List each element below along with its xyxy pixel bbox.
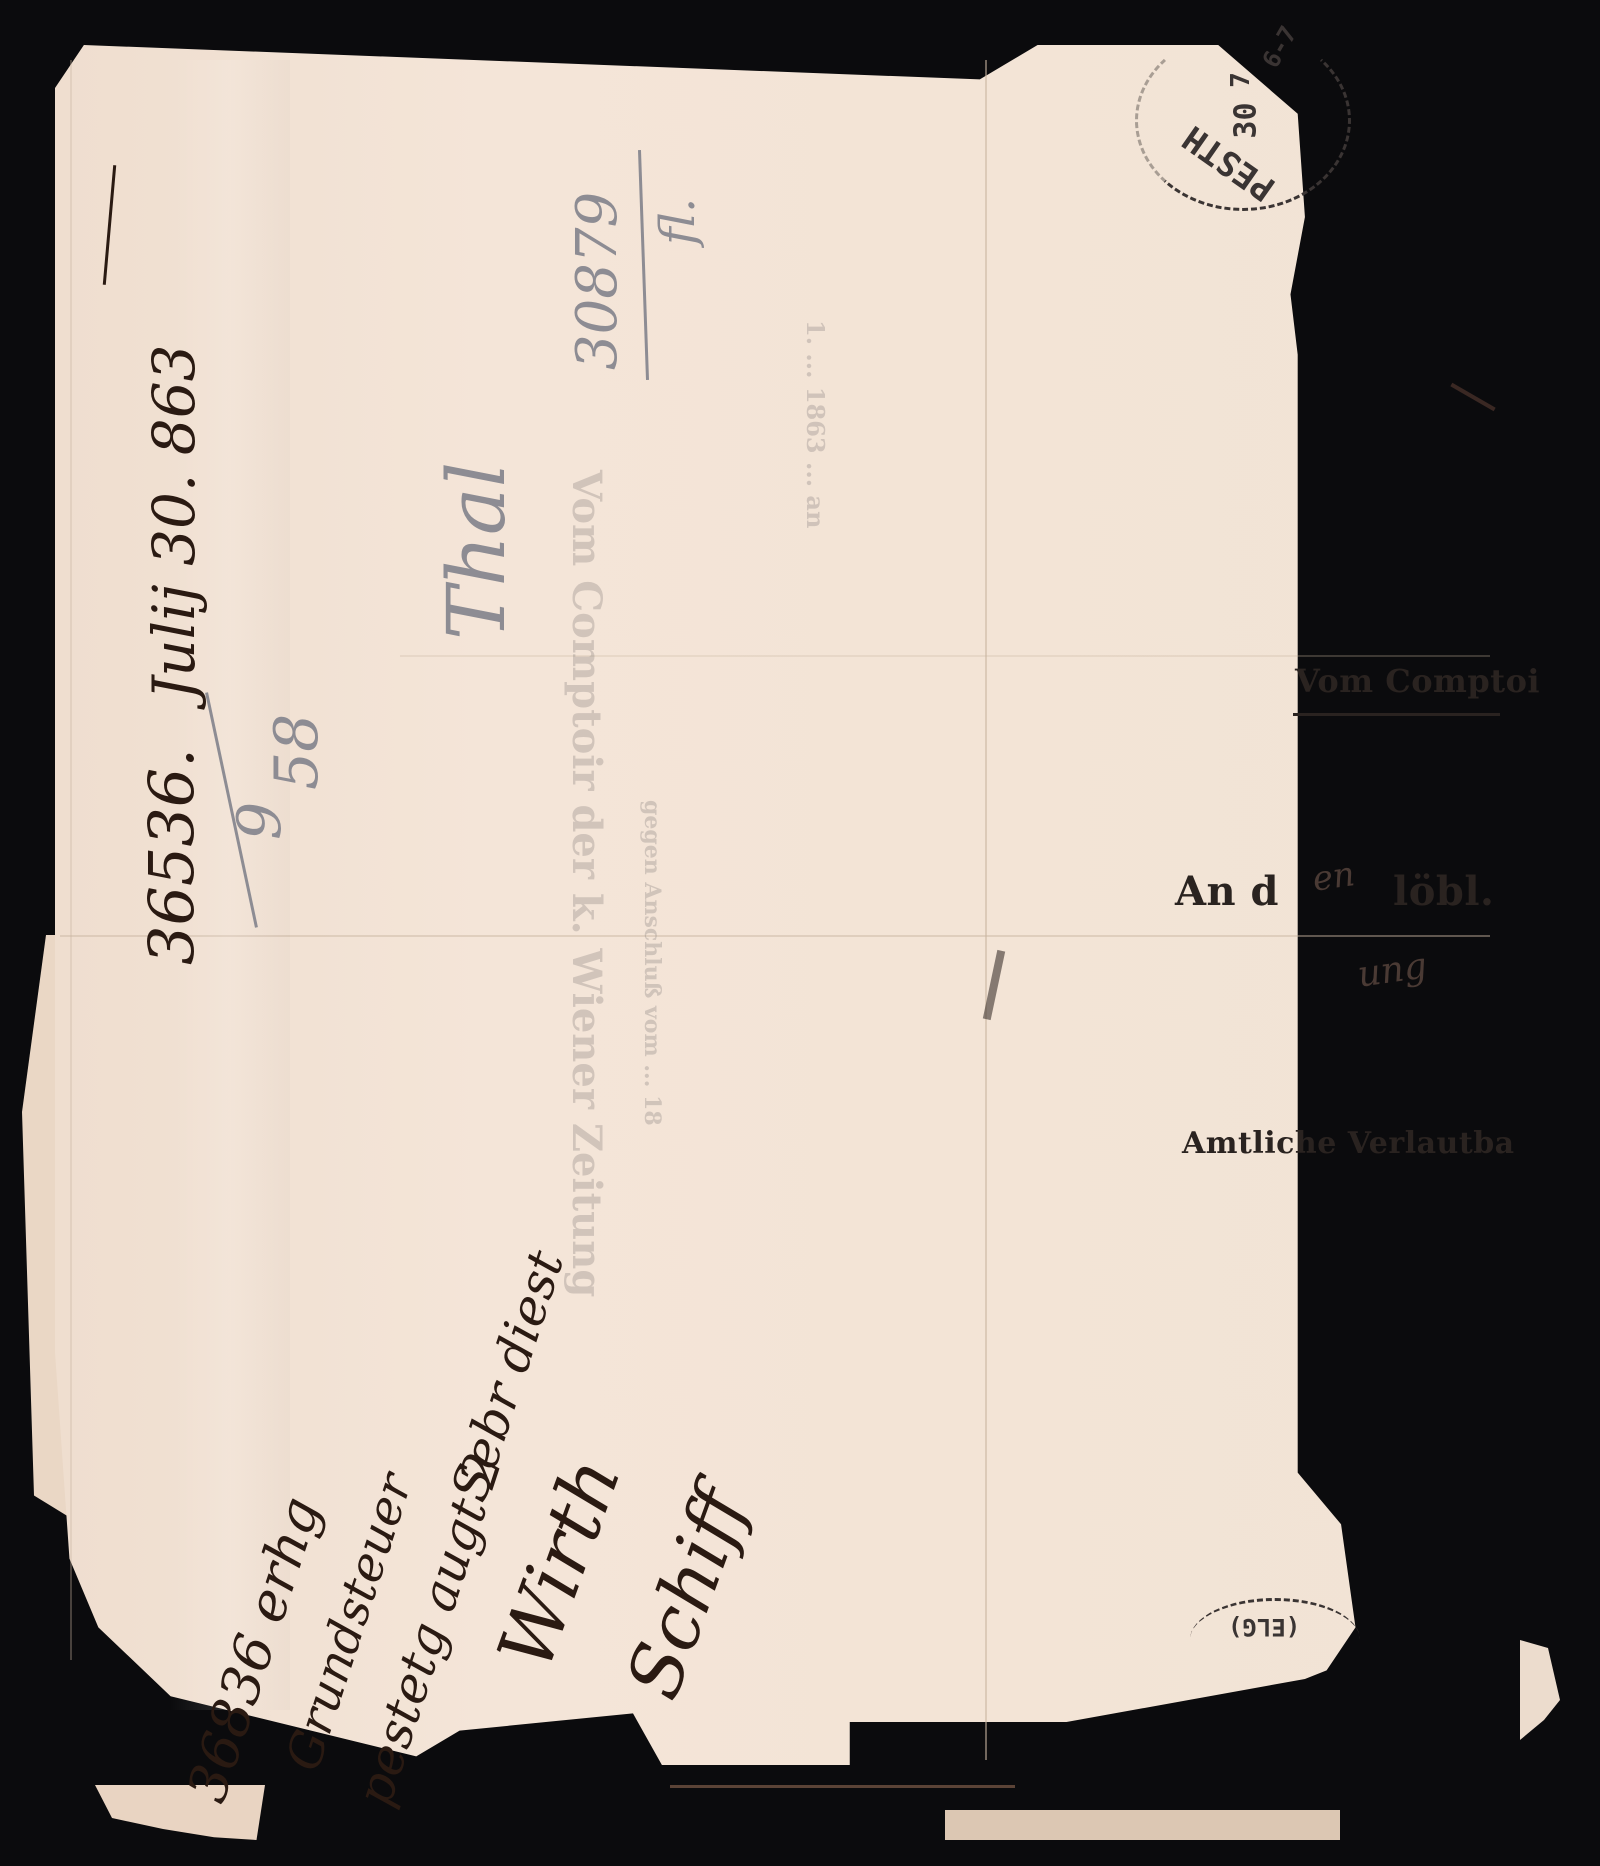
stain-mark: [1450, 383, 1495, 411]
fold-crease-left: [70, 60, 72, 1660]
pencil-fraction-top: 58: [262, 714, 332, 790]
paper-bottom-strip: [945, 1810, 1340, 1840]
postmark-month: 7: [1226, 72, 1256, 88]
postmark-time: 6-7: [1257, 21, 1303, 73]
pencil-number: 30879: [565, 192, 630, 370]
postmark-bottom-text: (ELG): [1228, 1613, 1300, 1641]
ghost-print-1: Vom Comptoir der k. Wiener Zeitung: [563, 470, 610, 1297]
handwritten-date-note: Julij 30. 863: [140, 344, 208, 700]
handwritten-ledger-number: 36536.: [135, 748, 208, 965]
printed-address-prefix: An d: [1175, 868, 1279, 915]
handwritten-address-1: en: [1310, 854, 1357, 899]
pencil-fraction-bottom: 9: [225, 802, 295, 840]
paper-right-tab: [1520, 1640, 1560, 1740]
postmark-date: 30: [1229, 102, 1264, 138]
printed-address-suffix: löbl.: [1393, 868, 1494, 915]
postmark-bottom: (ELG): [1190, 1598, 1360, 1681]
pencil-name: Thal: [430, 462, 523, 640]
postmark-top: PESTH 30 7 6-7: [1135, 30, 1351, 211]
bottom-edge-line: [670, 1785, 1015, 1788]
printed-subject-line: Amtliche Verlautba: [1182, 1126, 1515, 1161]
pencil-unit: fl.: [650, 198, 706, 245]
ghost-print-2: gegen Anschluß vom ... 18: [639, 800, 665, 1126]
heading-underline: [1293, 713, 1500, 716]
ghost-print-3: 1. ... 1863 ... an: [801, 320, 830, 528]
printed-sender-heading: Vom Comptoi: [1295, 662, 1540, 700]
fold-crease-vertical: [985, 60, 987, 1760]
handwritten-address-2: ung: [1355, 945, 1429, 995]
